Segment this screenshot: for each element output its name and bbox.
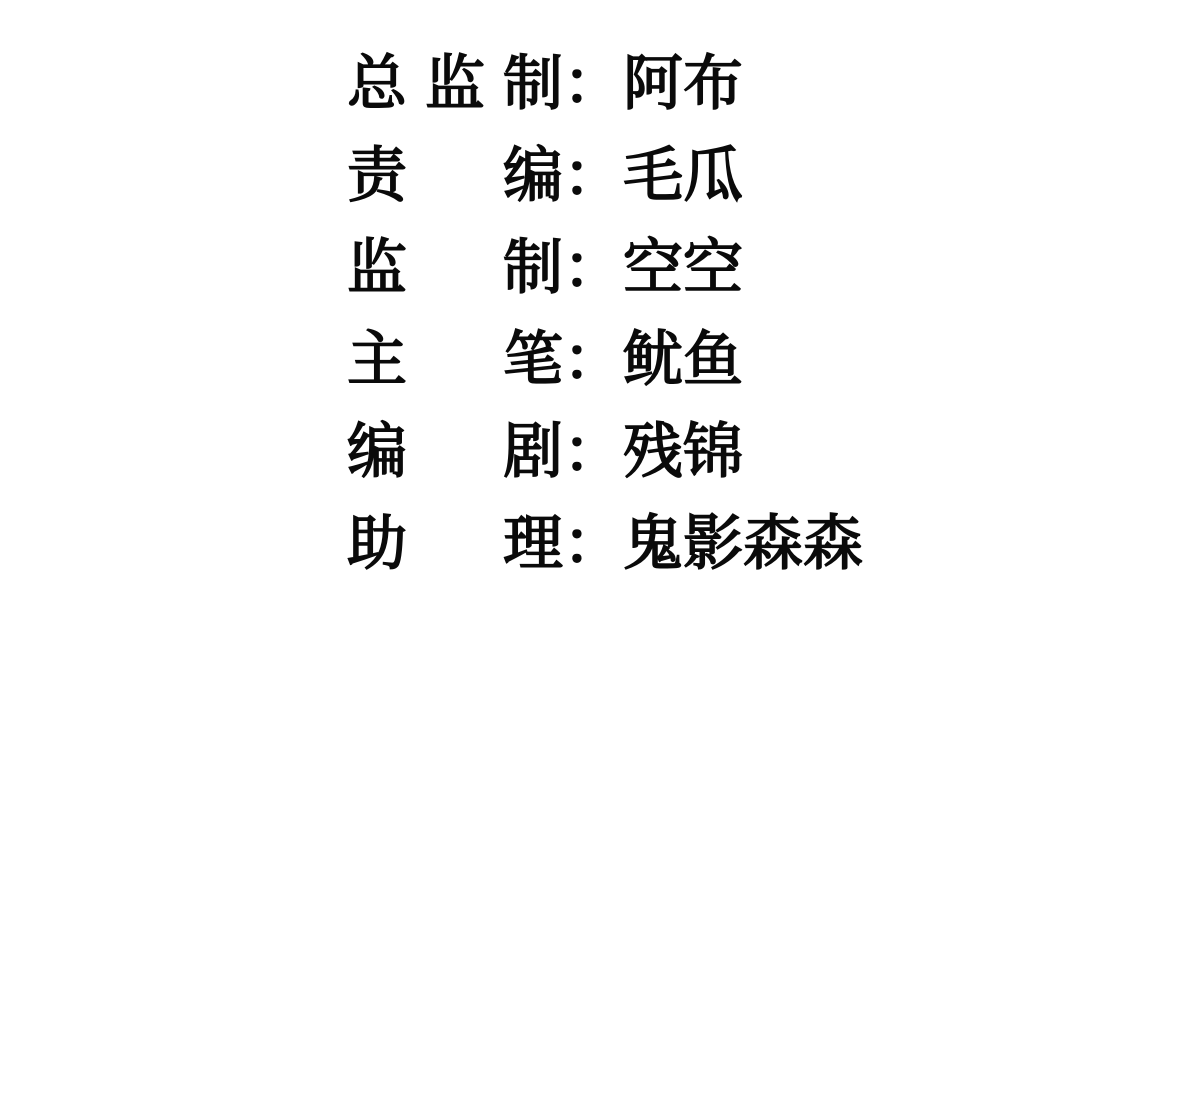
credit-name: 残锦 [623,406,743,498]
credits-page: 总监制：阿布 责编：毛瓜 监制：空空 主笔：鱿鱼 编剧：残锦 助理：鬼影森森 [0,0,1200,1120]
credit-row-assistant: 助理：鬼影森森 [347,498,863,590]
credit-role: 助理 [347,498,563,590]
credit-name: 鱿鱼 [623,314,743,406]
credit-row-chief-supervisor: 总监制：阿布 [347,38,863,130]
credit-name: 鬼影森森 [623,498,863,590]
credit-role: 责编 [347,130,563,222]
credit-role: 主笔 [347,314,563,406]
credit-row-screenwriter: 编剧：残锦 [347,406,863,498]
credit-colon: ： [563,406,623,498]
credit-role: 监制 [347,222,563,314]
credit-colon: ： [563,38,623,130]
credit-row-supervisor: 监制：空空 [347,222,863,314]
credit-role: 总监制 [347,38,563,130]
credit-name: 空空 [623,222,743,314]
credit-role: 编剧 [347,406,563,498]
credit-colon: ： [563,314,623,406]
credit-name: 阿布 [623,38,743,130]
credit-name: 毛瓜 [623,130,743,222]
credit-colon: ： [563,498,623,590]
credit-colon: ： [563,222,623,314]
credit-colon: ： [563,130,623,222]
credit-row-lead-artist: 主笔：鱿鱼 [347,314,863,406]
credits-block: 总监制：阿布 责编：毛瓜 监制：空空 主笔：鱿鱼 编剧：残锦 助理：鬼影森森 [347,38,863,590]
credit-row-editor: 责编：毛瓜 [347,130,863,222]
